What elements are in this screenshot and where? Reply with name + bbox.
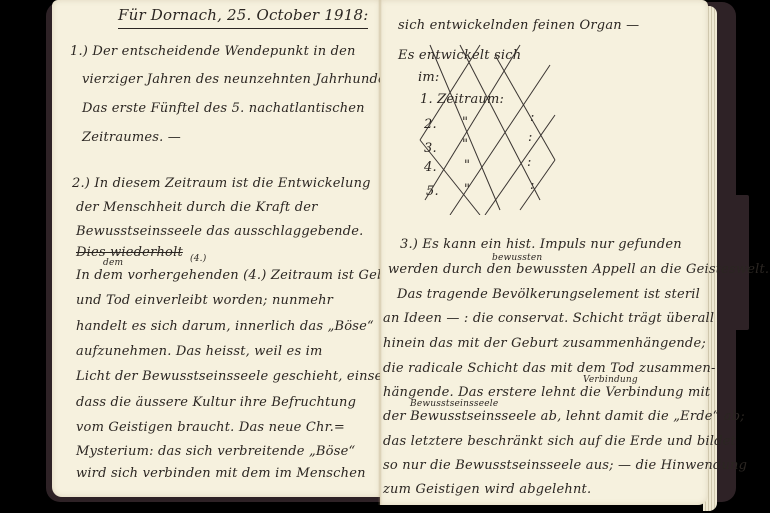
left-line-13: Licht der Bewusstseinsseele geschieht, e…	[76, 369, 412, 384]
left-line-5: 2.) In diesem Zeitraum ist die Entwickel…	[72, 176, 371, 191]
diagram-row-5: 5.	[426, 184, 439, 199]
left-line-10: und Tod einverleibt worden; nunmehr	[76, 293, 333, 308]
diagram-row-1: 1. Zeitraum:	[420, 92, 504, 107]
left-line-14: dass die äussere Kultur ihre Befruchtung	[76, 395, 356, 410]
diagram-row-4-end: :	[527, 155, 532, 170]
diagram-row-2: 2.	[424, 117, 437, 132]
diagram-row-4: 4.	[424, 160, 437, 175]
spine-fold	[378, 0, 382, 505]
diagram-row-5-end: :	[530, 178, 535, 193]
right-line-2: 3.) Es kann ein hist. Impuls nur gefunde…	[400, 237, 682, 252]
struck-text: Dies wiederholt	[76, 245, 183, 260]
left-line-3: Das erste Fünftel des 5. nachatlantische…	[82, 101, 365, 116]
diagram-row-3-mark: "	[462, 137, 468, 152]
right-line-9: der Bewusstseinsseele ab, lehnt damit di…	[383, 409, 745, 424]
insertion-dem: dem	[103, 258, 123, 268]
left-line-15: vom Geistigen braucht. Das neue Chr.=	[76, 420, 345, 435]
right-line-5: an Ideen — : die conservat. Schicht träg…	[383, 311, 714, 326]
diagram-row-3: 3.	[424, 141, 437, 156]
page-title: Für Dornach, 25. October 1918:	[118, 6, 368, 29]
insertion-four: (4.)	[190, 254, 206, 264]
right-line-8: hängende. Das erstere lehnt die Verbindu…	[383, 385, 710, 400]
diagram-row-3-end: :	[528, 130, 533, 145]
right-line-6: hinein das mit der Geburt zusammenhängen…	[383, 336, 706, 351]
right-line-12: zum Geistigen wird abgelehnt.	[383, 482, 591, 497]
left-line-1: 1.) Der entscheidende Wendepunkt in den	[70, 44, 356, 59]
diagram-row-2-mark: "	[462, 115, 468, 130]
right-line-11: so nur die Bewusstseinsseele aus; — die …	[383, 458, 747, 473]
diagram-row-4-mark: "	[464, 158, 470, 173]
right-line-4: Das tragende Bevölkerungselement ist ste…	[397, 287, 700, 302]
left-line-6: der Menschheit durch die Kraft der	[76, 200, 318, 215]
insertion-bewusstseinsseele: Bewusstseinsseele	[410, 399, 498, 409]
left-line-12: aufzunehmen. Das heisst, weil es im	[76, 344, 323, 359]
diagram-row-2-end: :	[530, 110, 535, 125]
right-line-1: sich entwickelnden feinen Organ —	[398, 18, 639, 33]
right-line-7: die radicale Schicht das mit dem Tod zus…	[383, 361, 716, 376]
left-line-7: Bewusstseinsseele das ausschlaggebende.	[76, 224, 364, 239]
right-line-3: werden durch den bewussten Appell an die…	[388, 262, 769, 277]
left-line-11: handelt es sich darum, innerlich das „Bö…	[76, 319, 374, 334]
left-line-4: Zeitraumes. —	[82, 130, 181, 145]
diagram-row-5-mark: "	[464, 182, 470, 197]
insertion-verbindung: Verbindung	[583, 375, 638, 385]
left-line-16: Mysterium: das sich verbreitende „Böse“	[76, 444, 355, 459]
left-line-2: vierziger Jahren des neunzehnten Jahrhun…	[82, 72, 405, 87]
left-line-9: In dem vorhergehenden (4.) Zeitraum ist …	[76, 268, 406, 283]
diagram-sub: im:	[418, 70, 439, 85]
diagram-heading: Es entwickelt sich	[398, 48, 521, 63]
right-line-10: das letztere beschränkt sich auf die Erd…	[383, 434, 736, 449]
left-line-17: wird sich verbinden mit dem im Menschen	[76, 466, 366, 481]
